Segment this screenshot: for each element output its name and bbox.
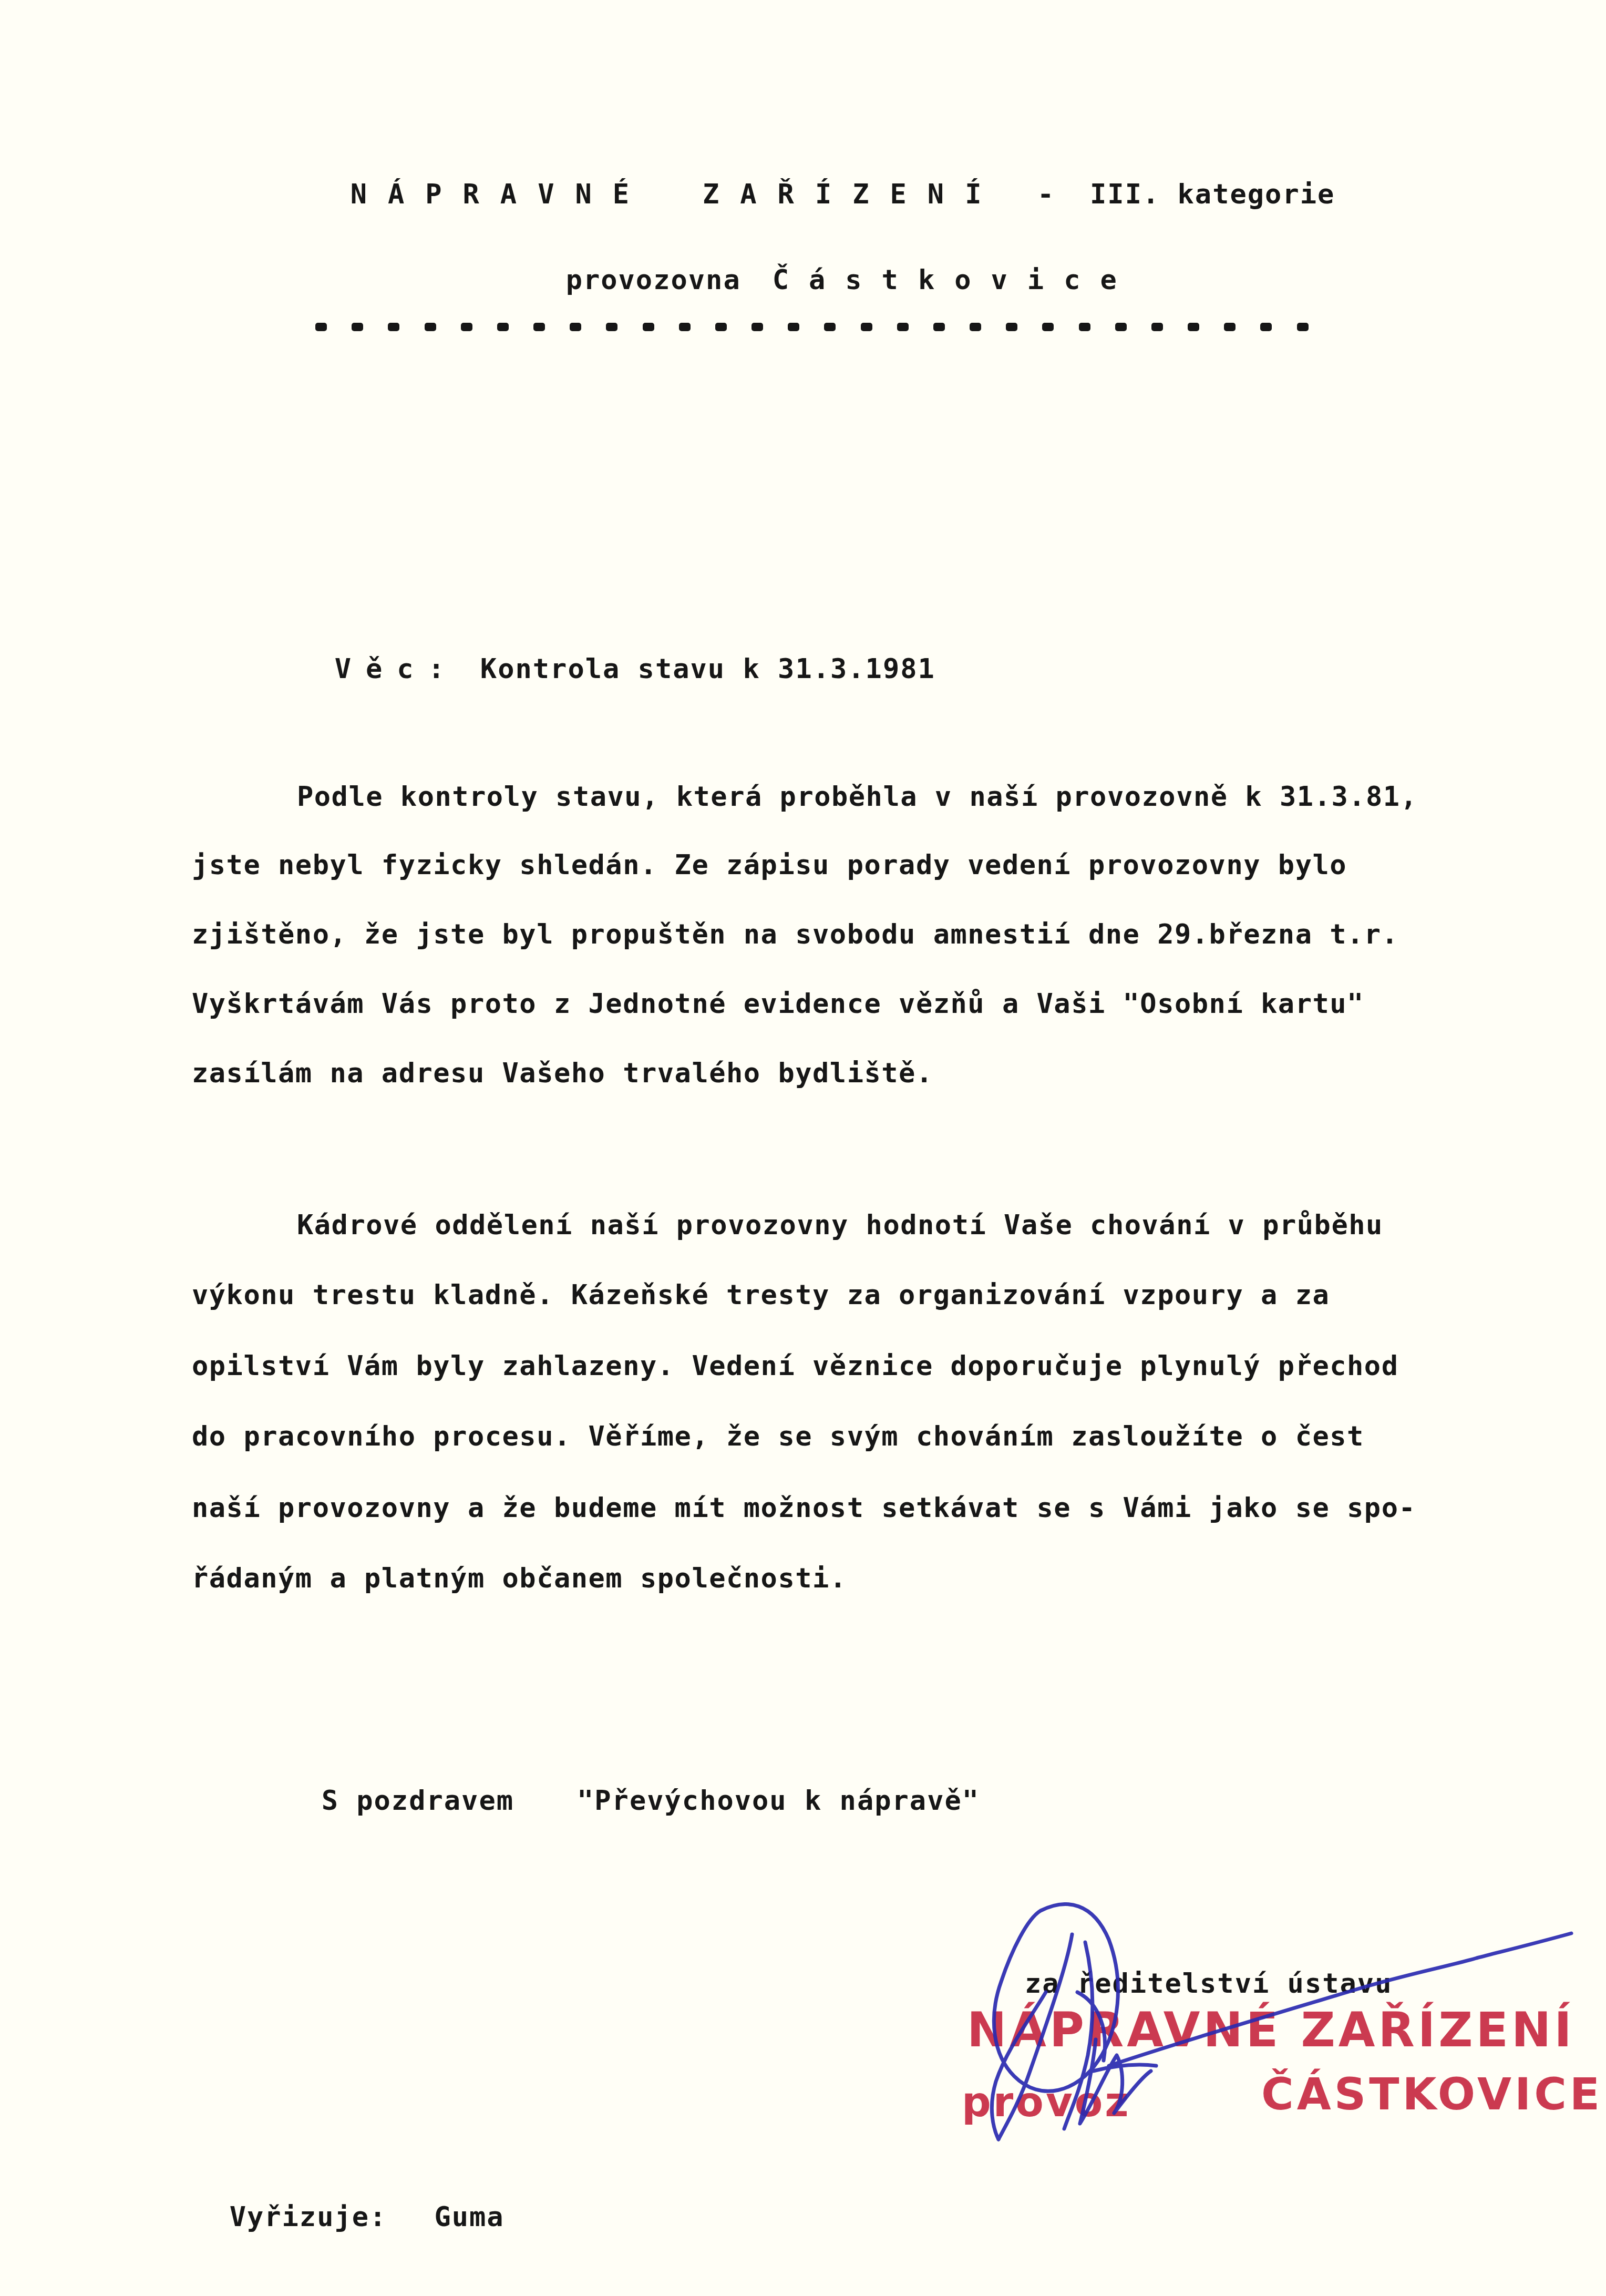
paragraph-line: zjištěno, že jste byl propuštěn na svobo… bbox=[192, 921, 1398, 948]
divider-dash bbox=[897, 323, 909, 331]
divider-dash bbox=[1042, 323, 1054, 331]
divider-dash bbox=[533, 323, 545, 331]
divider-dash bbox=[1079, 323, 1090, 331]
stamp-place: ČÁSTKOVICE bbox=[1261, 2068, 1603, 2120]
handler-line: Vyřizuje:Guma bbox=[194, 2176, 505, 2231]
divider-dash bbox=[643, 323, 654, 331]
stamp-provoz: provoz bbox=[962, 2079, 1131, 2126]
paragraph-line: jste nebyl fyzicky shledán. Ze zápisu po… bbox=[192, 852, 1347, 879]
divider-dash bbox=[497, 323, 509, 331]
divider-dash bbox=[352, 323, 363, 331]
handler-name: Guma bbox=[434, 2201, 504, 2233]
subject-line: Věc:Kontrola stavu k 31.3.1981 bbox=[300, 628, 935, 683]
divider-dash bbox=[715, 323, 727, 331]
paragraph-line: zasílám na adresu Vašeho trvalého bydliš… bbox=[192, 1060, 933, 1087]
stamp-institution: NÁPRAVNÉ ZAŘÍZENÍ bbox=[967, 2003, 1575, 2058]
divider-dash bbox=[824, 323, 836, 331]
divider-dash bbox=[933, 323, 945, 331]
paragraph-line: Podle kontroly stavu, která proběhla v n… bbox=[297, 783, 1417, 811]
divider-dash bbox=[1260, 323, 1272, 331]
paragraph-line: výkonu trestu kladně. Kázeňské tresty za… bbox=[192, 1282, 1330, 1309]
paragraph-line: řádaným a platným občanem společnosti. bbox=[192, 1565, 847, 1592]
divider-dash bbox=[1224, 323, 1236, 331]
subject-label: Věc: bbox=[335, 653, 459, 685]
divider-dash bbox=[1297, 323, 1309, 331]
closing-motto: "Převýchovou k nápravě" bbox=[577, 1785, 980, 1817]
divider-dash bbox=[606, 323, 617, 331]
header-divider bbox=[315, 322, 1309, 332]
paragraph-line: opilství Vám byly zahlazeny. Vedení vězn… bbox=[192, 1352, 1398, 1380]
divider-dash bbox=[1188, 323, 1199, 331]
letterhead-institution: NÁPRAVNÉ ZAŘÍZENÍ - III. kategorie bbox=[315, 153, 1335, 208]
paragraph-line: Kádrové oddělení naší provozovny hodnotí… bbox=[297, 1212, 1383, 1239]
subject-text: Kontrola stavu k 31.3.1981 bbox=[480, 653, 935, 685]
signature-title: za ředitelství ústavu bbox=[1025, 1970, 1392, 1997]
branch-label: provozovna bbox=[566, 264, 741, 296]
divider-dash bbox=[315, 323, 327, 331]
divider-dash bbox=[788, 323, 799, 331]
handler-label: Vyřizuje: bbox=[230, 2201, 387, 2233]
divider-dash bbox=[425, 323, 436, 331]
divider-dash bbox=[388, 323, 399, 331]
divider-dash bbox=[679, 323, 691, 331]
letterhead-word-zarizeni: ZAŘÍZENÍ bbox=[703, 179, 1002, 210]
divider-dash bbox=[1115, 323, 1127, 331]
paragraph-line: naší provozovny a že budeme mít možnost … bbox=[192, 1494, 1416, 1522]
letterhead-word-napravne: NÁPRAVNÉ bbox=[351, 179, 650, 210]
letterhead-category: III. kategorie bbox=[1090, 179, 1335, 210]
divider-dash bbox=[861, 323, 872, 331]
divider-dash bbox=[751, 323, 763, 331]
closing-greeting: S pozdravem bbox=[322, 1785, 514, 1817]
letterhead-separator: - bbox=[1037, 179, 1055, 210]
divider-dash bbox=[970, 323, 981, 331]
divider-dash bbox=[570, 323, 581, 331]
branch-name: Částkovice bbox=[773, 264, 1137, 296]
letterhead-branch: provozovnaČástkovice bbox=[531, 239, 1137, 294]
divider-dash bbox=[1151, 323, 1163, 331]
divider-dash bbox=[461, 323, 472, 331]
divider-dash bbox=[1006, 323, 1017, 331]
paragraph-line: Vyškrtávám Vás proto z Jednotné evidence… bbox=[192, 990, 1364, 1018]
closing: S pozdravem"Převýchovou k nápravě" bbox=[286, 1760, 980, 1815]
paragraph-line: do pracovního procesu. Věříme, že se svý… bbox=[192, 1423, 1364, 1450]
